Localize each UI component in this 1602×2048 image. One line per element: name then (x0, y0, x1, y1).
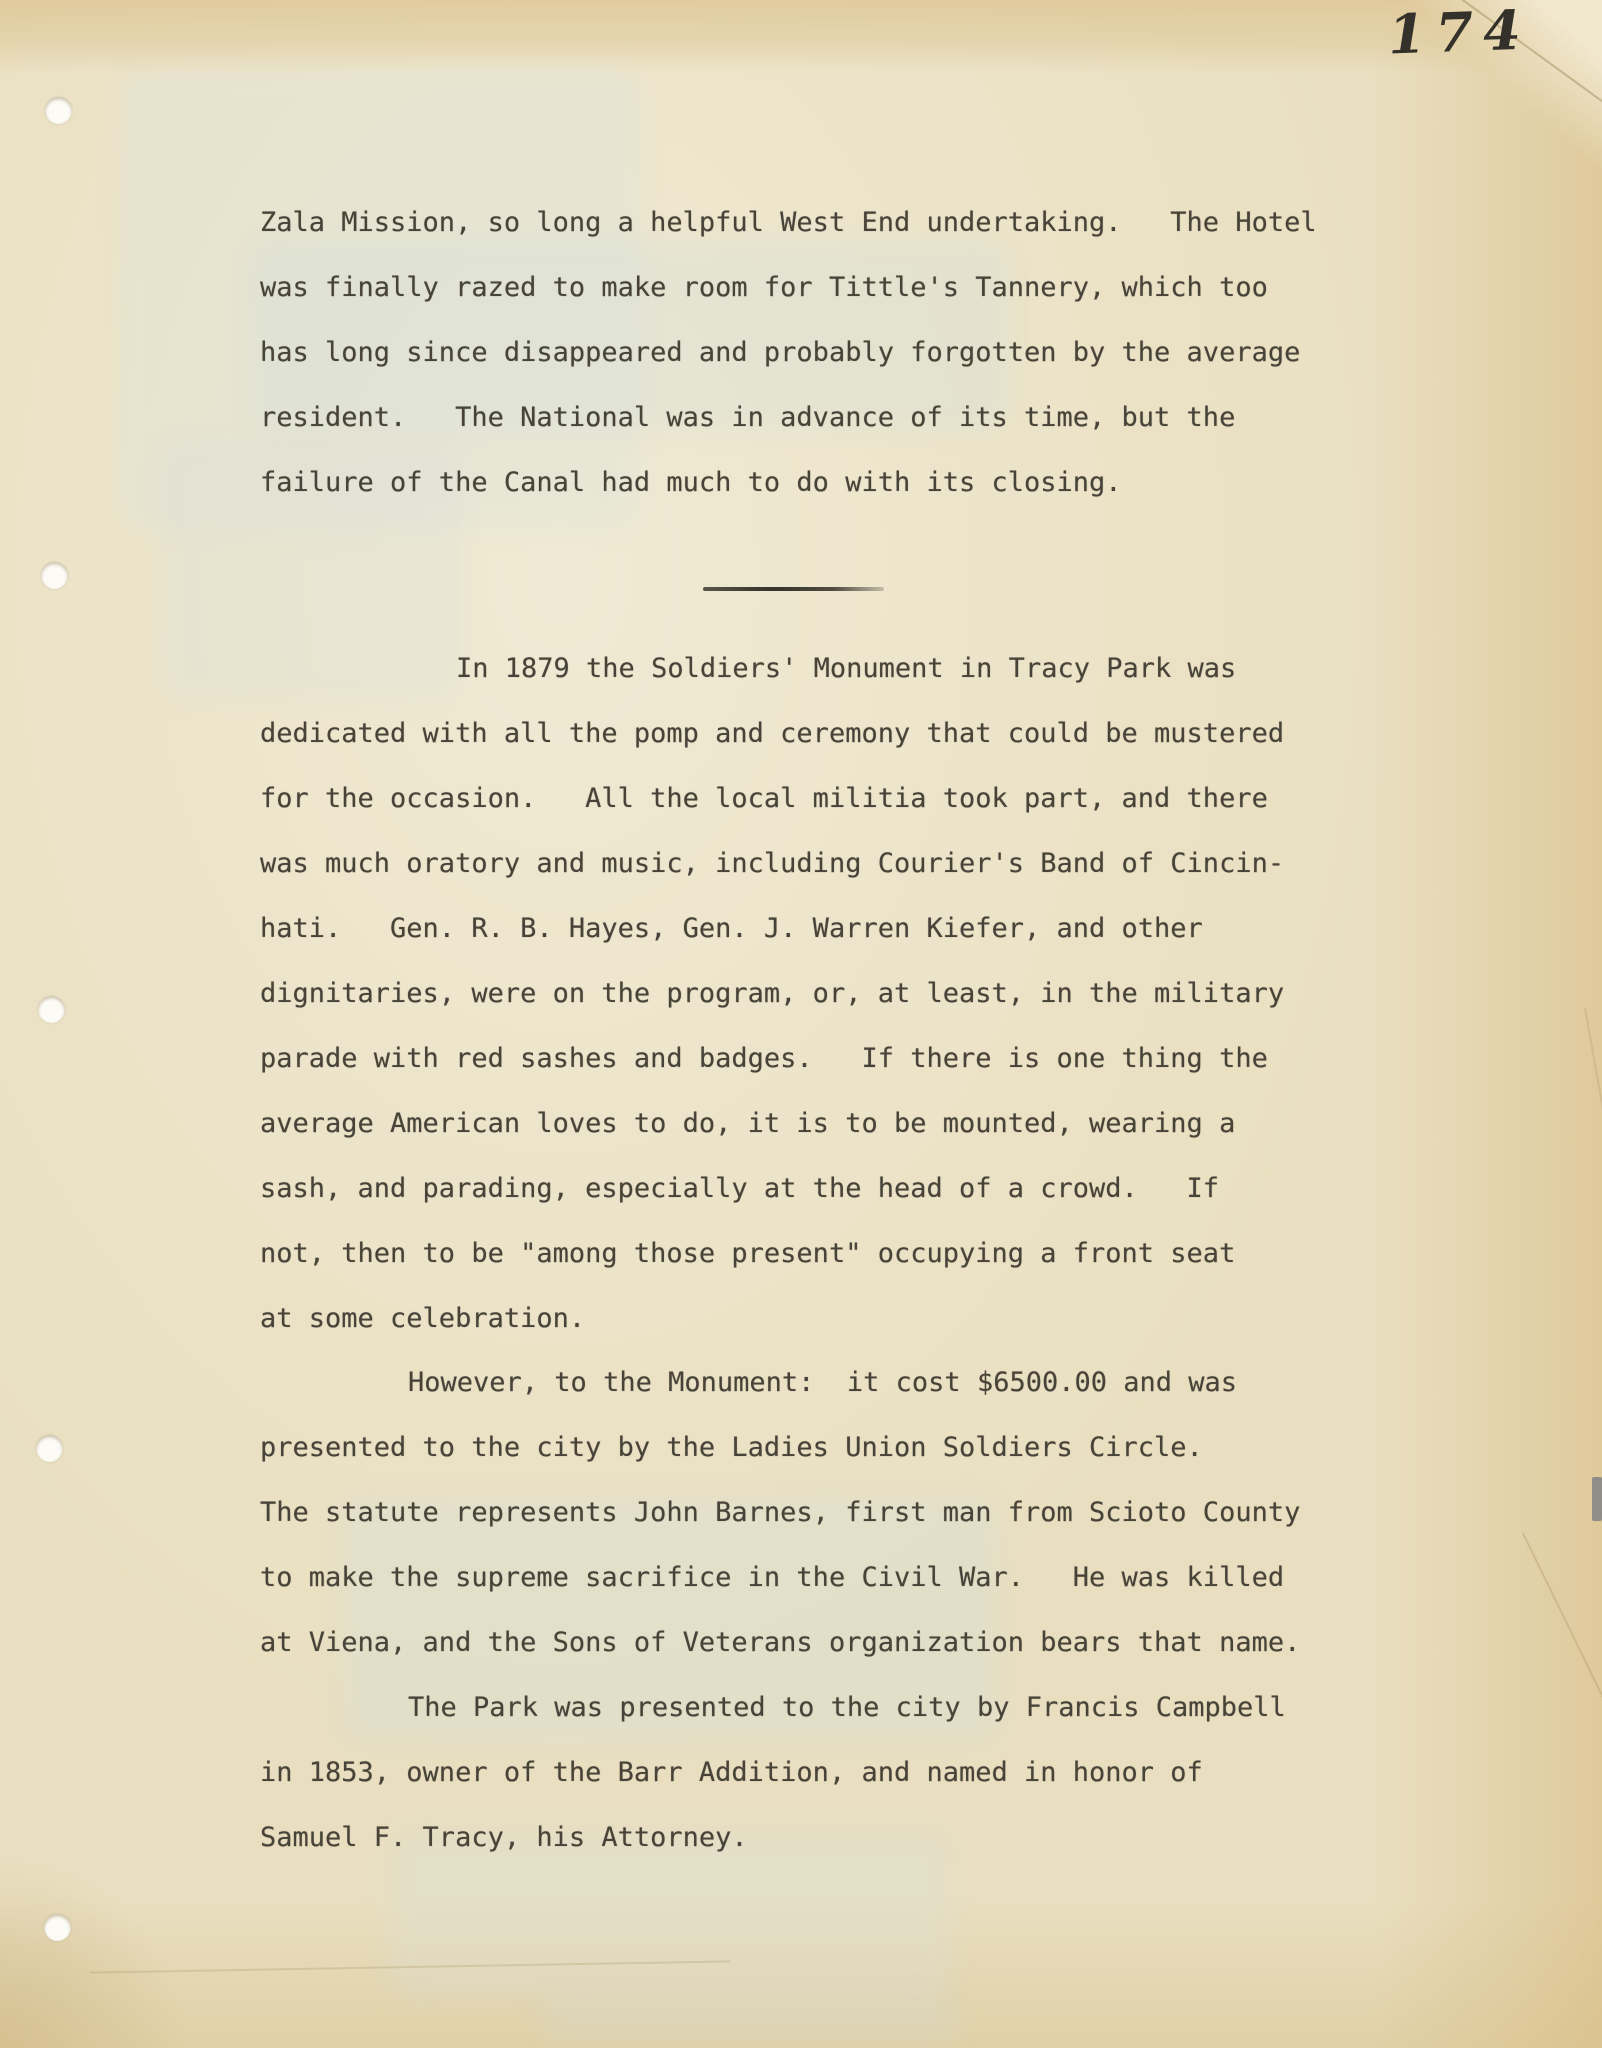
punch-hole (36, 1435, 63, 1462)
text-line: However, to the Monument: it cost $6500.… (260, 1350, 1420, 1415)
text-line: to make the supreme sacrifice in the Civ… (260, 1545, 1420, 1610)
punch-hole (38, 996, 65, 1023)
text-line: Samuel F. Tracy, his Attorney. (260, 1805, 1420, 1870)
text-line: dignitaries, were on the program, or, at… (260, 961, 1420, 1026)
text-line: resident. The National was in advance of… (260, 385, 1420, 450)
paper-patch (540, 1995, 960, 2045)
text-line: not, then to be "among those present" oc… (260, 1221, 1420, 1286)
document-page: 174 Zala Mission, so long a helpful West… (0, 0, 1602, 2048)
text-line: sash, and parading, especially at the he… (260, 1156, 1420, 1221)
punch-hole (41, 562, 68, 589)
paragraph-3: However, to the Monument: it cost $6500.… (260, 1350, 1420, 1675)
text-line: parade with red sashes and badges. If th… (260, 1026, 1420, 1091)
text-line: presented to the city by the Ladies Unio… (260, 1415, 1420, 1480)
text-line: at some celebration. (260, 1286, 1420, 1351)
handwritten-page-number: 174 (1387, 0, 1532, 66)
text-line: at Viena, and the Sons of Veterans organ… (260, 1610, 1420, 1675)
text-line: In 1879 the Soldiers' Monument in Tracy … (260, 636, 1420, 701)
text-line: was finally razed to make room for Tittl… (260, 255, 1420, 320)
text-line: was much oratory and music, including Co… (260, 831, 1420, 896)
text-line: failure of the Canal had much to do with… (260, 450, 1420, 515)
edge-mark (1592, 1477, 1602, 1521)
text-line: average American loves to do, it is to b… (260, 1091, 1420, 1156)
punch-hole (44, 1914, 71, 1941)
text-line: The statute represents John Barnes, firs… (260, 1480, 1420, 1545)
text-line: dedicated with all the pomp and ceremony… (260, 701, 1420, 766)
paragraph-4: The Park was presented to the city by Fr… (260, 1675, 1420, 1870)
paragraph-1: Zala Mission, so long a helpful West End… (260, 190, 1420, 515)
section-divider (703, 587, 884, 591)
punch-hole (45, 97, 72, 124)
text-line: Zala Mission, so long a helpful West End… (260, 190, 1420, 255)
paragraph-2: In 1879 the Soldiers' Monument in Tracy … (260, 636, 1420, 1351)
text-line: hati. Gen. R. B. Hayes, Gen. J. Warren K… (260, 896, 1420, 961)
paper-crease (90, 1960, 730, 1973)
paper-crease (1522, 1532, 1602, 1829)
text-line: The Park was presented to the city by Fr… (260, 1675, 1420, 1740)
text-line: for the occasion. All the local militia … (260, 766, 1420, 831)
paper-crease (1584, 1008, 1602, 1235)
text-line: has long since disappeared and probably … (260, 320, 1420, 385)
text-line: in 1853, owner of the Barr Addition, and… (260, 1740, 1420, 1805)
